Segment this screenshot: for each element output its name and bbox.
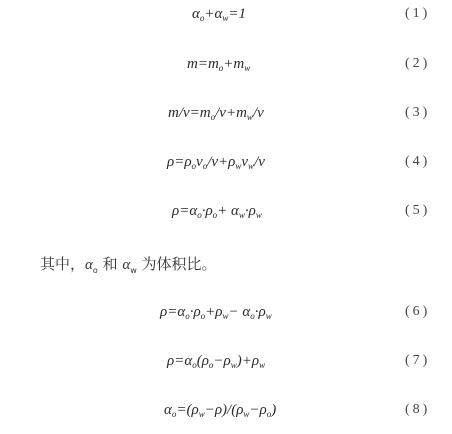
equation-2-formula: m=mo+mw bbox=[187, 56, 250, 73]
equation-6: ρ=αo·ρo+ρw− αo·ρw (6) bbox=[0, 304, 452, 334]
equation-1: αo+αw=1 (1) bbox=[0, 6, 452, 36]
equation-8: αo=(ρw−ρ)/(ρw−ρo) (8) bbox=[0, 402, 452, 432]
equation-2: m=mo+mw (2) bbox=[0, 56, 452, 86]
equation-7-formula: ρ=αo(ρo−ρw)+ρw bbox=[167, 353, 265, 370]
equation-5-formula: ρ=αo·ρo+ αw·ρw bbox=[172, 203, 262, 220]
equation-6-formula: ρ=αo·ρo+ρw− αo·ρw bbox=[160, 304, 272, 321]
equation-4-number: (4) bbox=[405, 154, 430, 170]
equation-3: m/v=mo/v+mw/v (3) bbox=[0, 105, 452, 135]
equation-8-number: (8) bbox=[405, 402, 430, 418]
equation-4: ρ=ρovo/v+ρwvw/v (4) bbox=[0, 154, 452, 184]
equation-1-formula: αo+αw=1 bbox=[192, 6, 246, 23]
equation-8-formula: αo=(ρw−ρ)/(ρw−ρo) bbox=[164, 402, 276, 419]
equation-4-formula: ρ=ρovo/v+ρwvw/v bbox=[167, 154, 265, 171]
volume-ratio-note: 其中，αo 和 αw 为体积比。 bbox=[40, 253, 217, 275]
equation-5-number: (5) bbox=[405, 203, 430, 219]
equation-7: ρ=αo(ρo−ρw)+ρw (7) bbox=[0, 353, 452, 383]
equation-3-formula: m/v=mo/v+mw/v bbox=[168, 105, 264, 122]
equation-3-number: (3) bbox=[405, 105, 430, 121]
equation-7-number: (7) bbox=[405, 353, 430, 369]
equation-5: ρ=αo·ρo+ αw·ρw (5) bbox=[0, 203, 452, 233]
equation-1-number: (1) bbox=[405, 6, 430, 22]
equation-6-number: (6) bbox=[405, 304, 430, 320]
equation-2-number: (2) bbox=[405, 56, 430, 72]
